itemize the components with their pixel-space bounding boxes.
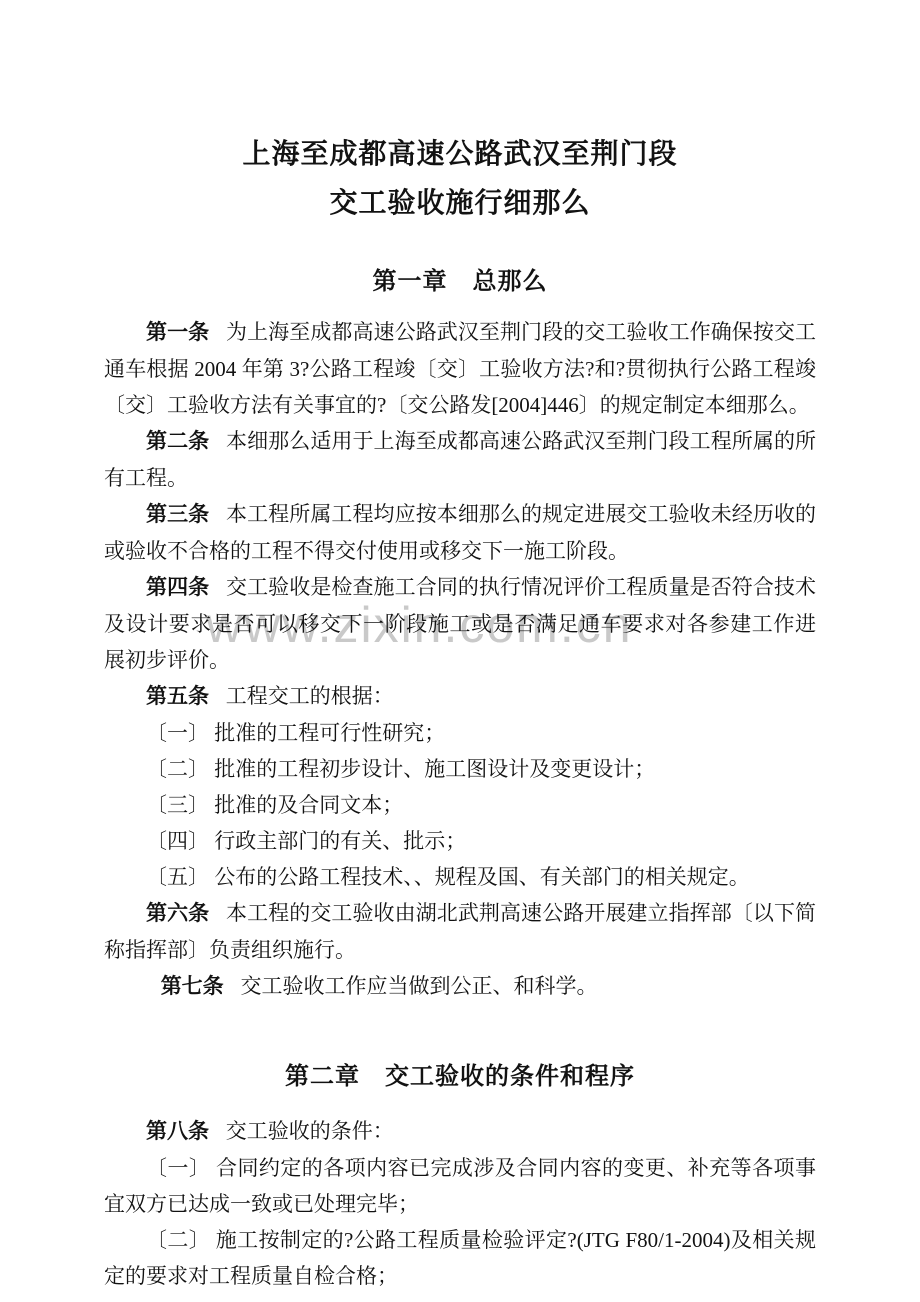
article-label: 第七条 — [161, 975, 224, 998]
document-content: 上海至成都高速公路武汉至荆门段 交工验收施行细那么 第一章 总那么 第一条为上海… — [0, 0, 920, 1294]
article-paragraph: 第三条本工程所属工程均应按本细那么的规定进展交工验收未经历收的或验收不合格的工程… — [104, 496, 816, 569]
document-page: www.zixin.com.cn 上海至成都高速公路武汉至荆门段 交工验收施行细… — [0, 0, 920, 1302]
article-text: 交工验收的条件： — [226, 1119, 394, 1143]
list-item-text: 〔三〕 批准的及合同文本； — [146, 793, 403, 817]
article-paragraph: 第五条工程交工的根据： — [104, 678, 816, 715]
article-label: 第八条 — [146, 1120, 209, 1143]
list-item-text: 〔一〕 批准的工程可行性研究； — [146, 721, 445, 745]
list-item-paragraph: 〔二〕 批准的工程初步设计、施工图设计及变更设计； — [104, 751, 816, 787]
article-paragraph: 第二条本细那么适用于上海至成都高速公路武汉至荆门段工程所属的所有工程。 — [104, 423, 816, 496]
article-paragraph: 第一条为上海至成都高速公路武汉至荆门段的交工验收工作确保按交工通车根据 2004… — [104, 314, 816, 423]
doc-title-line-2: 交工验收施行细那么 — [104, 179, 816, 228]
chapter-2-heading: 第二章 交工验收的条件和程序 — [104, 1061, 816, 1093]
article-text: 交工验收工作应当做到公正、和科学。 — [240, 974, 597, 998]
article-paragraph: 第八条交工验收的条件： — [104, 1113, 816, 1150]
article-paragraph: 第六条本工程的交工验收由湖北武荆高速公路开展建立指挥部〔以下简称指挥部〕负责组织… — [104, 895, 816, 968]
article-label: 第六条 — [146, 902, 209, 925]
article-text: 本工程所属工程均应按本细那么的规定进展交工验收未经历收的或验收不合格的工程不得交… — [104, 502, 816, 563]
article-label: 第二条 — [146, 430, 209, 453]
list-item-paragraph: 〔一〕 合同约定的各项内容已完成涉及合同内容的变更、补充等各项事宜双方已达成一致… — [104, 1150, 816, 1222]
doc-title-line-1: 上海至成都高速公路武汉至荆门段 — [104, 130, 816, 179]
list-item-paragraph: 〔二〕 施工按制定的?公路工程质量检验评定?(JTG F80/1-2004)及相… — [104, 1222, 816, 1294]
list-item-text: 〔一〕 合同约定的各项内容已完成涉及合同内容的变更、补充等各项事宜双方已达成一致… — [104, 1156, 816, 1216]
article-label: 第五条 — [146, 685, 209, 708]
list-item-paragraph: 〔五〕 公布的公路工程技术、、规程及国、有关部门的相关规定。 — [104, 859, 816, 895]
list-item-paragraph: 〔三〕 批准的及合同文本； — [104, 787, 816, 823]
article-paragraph: 第七条交工验收工作应当做到公正、和科学。 — [104, 968, 816, 1005]
list-item-paragraph: 〔四〕 行政主部门的有关、批示； — [104, 823, 816, 859]
article-label: 第三条 — [146, 503, 209, 526]
article-text: 本工程的交工验收由湖北武荆高速公路开展建立指挥部〔以下简称指挥部〕负责组织施行。 — [104, 901, 816, 962]
article-text: 工程交工的根据： — [226, 684, 394, 708]
chapter-1-heading: 第一章 总那么 — [104, 266, 816, 298]
article-text: 为上海至成都高速公路武汉至荆门段的交工验收工作确保按交工通车根据 2004 年第… — [104, 320, 816, 417]
article-text: 交工验收是检查施工合同的执行情况评价工程质量是否符合技术及设计要求是否可以移交下… — [104, 575, 816, 672]
article-label: 第四条 — [146, 576, 209, 599]
list-item-text: 〔四〕 行政主部门的有关、批示； — [146, 829, 466, 853]
list-item-text: 〔二〕 施工按制定的?公路工程质量检验评定?(JTG F80/1-2004)及相… — [104, 1228, 816, 1288]
article-text: 本细那么适用于上海至成都高速公路武汉至荆门段工程所属的所有工程。 — [104, 429, 816, 490]
list-item-text: 〔二〕 批准的工程初步设计、施工图设计及变更设计； — [146, 757, 655, 781]
list-item-text: 〔五〕 公布的公路工程技术、、规程及国、有关部门的相关规定。 — [146, 865, 750, 889]
article-paragraph: 第四条交工验收是检查施工合同的执行情况评价工程质量是否符合技术及设计要求是否可以… — [104, 569, 816, 678]
list-item-paragraph: 〔一〕 批准的工程可行性研究； — [104, 715, 816, 751]
article-label: 第一条 — [146, 321, 209, 344]
